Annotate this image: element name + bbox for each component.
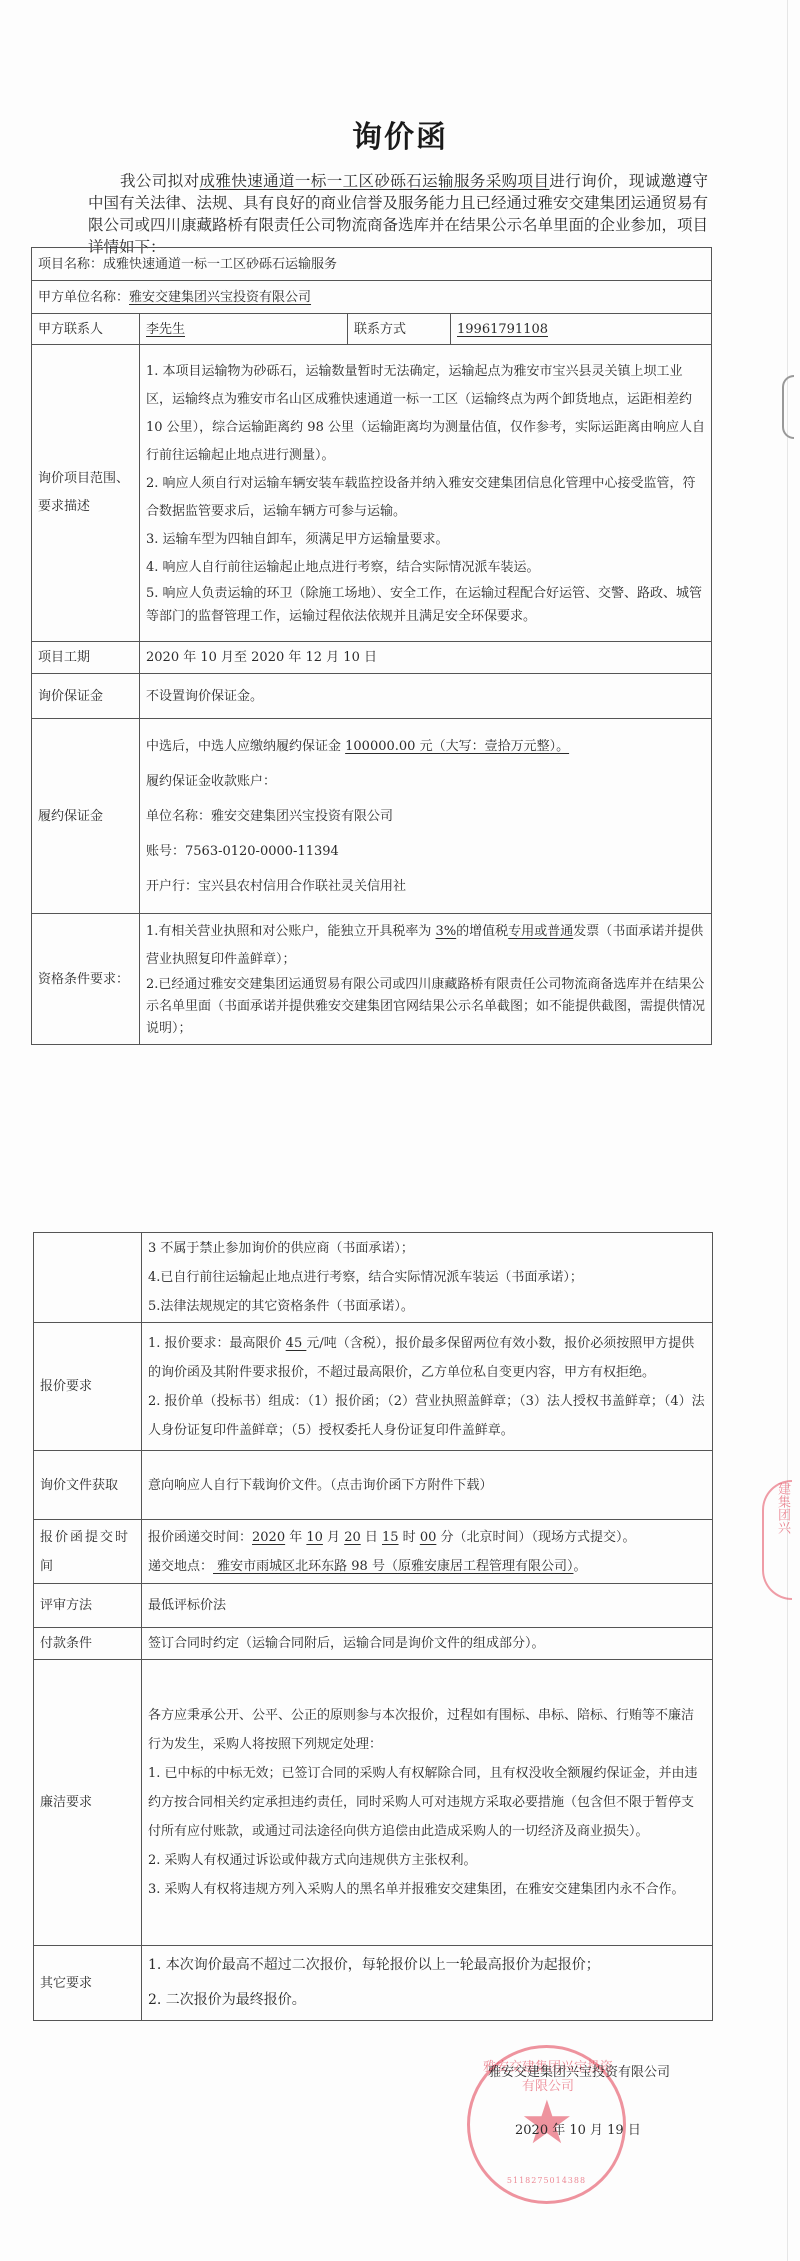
seam-stamp-fragment <box>782 375 794 439</box>
submit-time-label: 报价函提交时间 <box>34 1520 142 1584</box>
submit-day: 20 <box>344 1530 361 1545</box>
page-edge <box>787 0 788 2261</box>
row-qualification-cont: 3 不属于禁止参加询价的供应商（书面承诺）； 4.已自行前往运输起止地点进行考察… <box>34 1233 713 1323</box>
submit-place-suffix: 。 <box>573 1559 586 1574</box>
scope-item-1: 1. 本项目运输物为砂砾石，运输数量暂时无法确定，运输起点为雅安市宝兴县灵关镇上… <box>146 358 705 470</box>
bond-company: 单位名称：雅安交建集团兴宝投资有限公司 <box>146 799 705 834</box>
phone-label: 联系方式 <box>348 314 451 345</box>
submit-place: 雅安市雨城区北环东路 98 号（原雅安康居工程管理有限公司） <box>213 1559 573 1574</box>
scope-item-5: 5. 响应人负责运输的环卫（除施工场地）、安全工作，在运输过程配合好运管、交警、… <box>146 582 705 628</box>
qualification-item-1: 1.有相关营业执照和对公账户，能独立开具税率为 3%的增值税专用或普通发票（书面… <box>146 918 705 974</box>
evaluation-label: 评审方法 <box>34 1584 142 1628</box>
qualification-item-3: 3 不属于禁止参加询价的供应商（书面承诺）； <box>148 1234 706 1263</box>
bond-amount-line: 中选后，中选人应缴纳履约保证金 100000.00 元（大写：壹拾万元整）。 <box>146 729 705 764</box>
qualification-item-4: 4.已自行前往运输起止地点进行考察，结合实际情况派车装运（书面承诺）； <box>148 1263 706 1292</box>
max-price: 45 <box>286 1336 307 1351</box>
seam-stamp: 建集团兴 <box>762 1480 792 1600</box>
q1-a: 1.有相关营业执照和对公账户，能独立开具税率为 <box>146 924 436 939</box>
row-evaluation: 评审方法 最低评标价法 <box>34 1584 713 1628</box>
row-submit-time: 报价函提交时间 报价函递交时间：2020 年 10 月 20 日 15 时 00… <box>34 1520 713 1584</box>
phone-value: 19961791108 <box>457 322 548 337</box>
integrity-item-1: 1. 已中标的中标无效；已签订合同的采购人有权解除合同，且有权没收全额履约保证金… <box>148 1759 706 1846</box>
q1-b: 的增值税 <box>456 924 508 939</box>
qualification-item-5: 5.法律法规规定的其它资格条件（书面承诺）。 <box>148 1292 706 1321</box>
submit-time-prefix: 报价函递交时间： <box>148 1530 252 1545</box>
row-payment: 付款条件 签订合同时约定（运输合同附后，运输合同是询价文件的组成部分）。 <box>34 1628 713 1660</box>
row-project-name: 项目名称：成雅快速通道一标一工区砂砾石运输服务 <box>32 248 712 281</box>
row-scope: 询价项目范围、要求描述 1. 本项目运输物为砂砾石，运输数量暂时无法确定，运输起… <box>32 345 712 642</box>
qualification-item-2: 2.已经通过雅安交建集团运通贸易有限公司或四川康藏路桥有限责任公司物流商备选库并… <box>146 974 705 1040</box>
row-inquiry-deposit: 询价保证金 不设置询价保证金。 <box>32 674 712 719</box>
other-label: 其它要求 <box>34 1946 142 2021</box>
period-value: 2020 年 10 月至 2020 年 12 月 10 日 <box>140 642 712 674</box>
quote-req-label: 报价要求 <box>34 1323 142 1451</box>
submit-place-prefix: 递交地点： <box>148 1559 213 1574</box>
submit-hour: 15 <box>382 1530 399 1545</box>
other-content: 1. 本次询价最高不超过二次报价，每轮报价以上一轮最高报价为起报价； 2. 二次… <box>142 1946 713 2021</box>
signature-date: 2020 年 10 月 19 日 <box>515 2119 641 2138</box>
qualification-label: 资格条件要求： <box>32 914 140 1045</box>
quote-req-item-1: 1. 报价要求：最高限价 45 元/吨（含税），报价最多保留两位有效小数，报价必… <box>148 1329 706 1387</box>
period-label: 项目工期 <box>32 642 140 674</box>
intro-paragraph: 我公司拟对成雅快速通道一标一工区砂砾石运输服务采购项目进行询价，现诚邀遵守中国有… <box>88 170 708 258</box>
scope-label: 询价项目范围、要求描述 <box>32 345 140 642</box>
contact-value-cell: 李先生 <box>140 314 348 345</box>
qualification-content: 1.有相关营业执照和对公账户，能独立开具税率为 3%的增值税专用或普通发票（书面… <box>140 914 712 1045</box>
integrity-intro: 各方应秉承公开、公平、公正的原则参与本次报价，过程如有围标、串标、陪标、行贿等不… <box>148 1701 706 1759</box>
performance-bond-label: 履约保证金 <box>32 719 140 914</box>
inquiry-deposit-value: 不设置询价保证金。 <box>140 674 712 719</box>
bond-account-number: 账号：7563-0120-0000-11394 <box>146 834 705 869</box>
row-qualification: 资格条件要求： 1.有相关营业执照和对公账户，能独立开具税率为 3%的增值税专用… <box>32 914 712 1045</box>
integrity-label: 廉洁要求 <box>34 1660 142 1946</box>
phone-value-cell: 19961791108 <box>451 314 712 345</box>
q1-invoice-type: 专用或普通 <box>508 924 573 939</box>
doc-obtain-value: 意向响应人自行下载询价文件。（点击询价函下方附件下载） <box>142 1451 713 1520</box>
project-name-label: 项目名称： <box>38 257 103 272</box>
doc-obtain-label: 询价文件获取 <box>34 1451 142 1520</box>
row-contact: 甲方联系人 李先生 联系方式 19961791108 <box>32 314 712 345</box>
submit-year: 2020 <box>252 1530 285 1545</box>
party-a-label: 甲方单位名称： <box>38 290 129 305</box>
row-integrity: 廉洁要求 各方应秉承公开、公平、公正的原则参与本次报价，过程如有围标、串标、陪标… <box>34 1660 713 1946</box>
integrity-content: 各方应秉承公开、公平、公正的原则参与本次报价，过程如有围标、串标、陪标、行贿等不… <box>142 1660 713 1946</box>
submit-place-line: 递交地点： 雅安市雨城区北环东路 98 号（原雅安康居工程管理有限公司）。 <box>148 1552 706 1581</box>
signature-company: 雅安交建集团兴宝投资有限公司 <box>488 2061 670 2080</box>
performance-bond-content: 中选后，中选人应缴纳履约保证金 100000.00 元（大写：壹拾万元整）。 履… <box>140 719 712 914</box>
payment-label: 付款条件 <box>34 1628 142 1660</box>
quote-req-content: 1. 报价要求：最高限价 45 元/吨（含税），报价最多保留两位有效小数，报价必… <box>142 1323 713 1451</box>
inquiry-table-part1: 项目名称：成雅快速通道一标一工区砂砾石运输服务 甲方单位名称：雅安交建集团兴宝投… <box>31 247 712 1045</box>
payment-value: 签订合同时约定（运输合同附后，运输合同是询价文件的组成部分）。 <box>142 1628 713 1660</box>
submit-time-line: 报价函递交时间：2020 年 10 月 20 日 15 时 00 分（北京时间）… <box>148 1523 706 1552</box>
row-party-a: 甲方单位名称：雅安交建集团兴宝投资有限公司 <box>32 281 712 314</box>
evaluation-value: 最低评标价法 <box>142 1584 713 1628</box>
row-other: 其它要求 1. 本次询价最高不超过二次报价，每轮报价以上一轮最高报价为起报价； … <box>34 1946 713 2021</box>
other-item-1: 1. 本次询价最高不超过二次报价，每轮报价以上一轮最高报价为起报价； <box>148 1948 706 1983</box>
bond-account-title: 履约保证金收款账户： <box>146 764 705 799</box>
submit-minute: 00 <box>420 1530 437 1545</box>
row-period: 项目工期 2020 年 10 月至 2020 年 12 月 10 日 <box>32 642 712 674</box>
scope-content: 1. 本项目运输物为砂砾石，运输数量暂时无法确定，运输起点为雅安市宝兴县灵关镇上… <box>140 345 712 642</box>
seal-code: 5118275014388 <box>470 2176 623 2185</box>
scope-item-2: 2. 响应人须自行对运输车辆安装车载监控设备并纳入雅安交建集团信息化管理中心接受… <box>146 470 705 526</box>
scope-item-3: 3. 运输车型为四轴自卸车，须满足甲方运输量要求。 <box>146 526 705 554</box>
scope-item-4: 4. 响应人自行前往运输起止地点进行考察，结合实际情况派车装运。 <box>146 554 705 582</box>
qualification-cont-content: 3 不属于禁止参加询价的供应商（书面承诺）； 4.已自行前往运输起止地点进行考察… <box>142 1233 713 1323</box>
contact-label: 甲方联系人 <box>32 314 140 345</box>
quote-item1-a: 1. 报价要求：最高限价 <box>148 1336 286 1351</box>
seam-stamp-text: 建集团兴 <box>775 1482 790 1534</box>
intro-project-name: 成雅快速通道一标一工区砂砾石运输服务采购项目 <box>200 172 550 190</box>
party-a-value: 雅安交建集团兴宝投资有限公司 <box>129 290 311 305</box>
submit-time-suffix: 分（北京时间）（现场方式提交）。 <box>441 1530 636 1545</box>
intro-prefix: 我公司拟对 <box>120 172 200 190</box>
inquiry-table-part2: 3 不属于禁止参加询价的供应商（书面承诺）； 4.已自行前往运输起止地点进行考察… <box>33 1232 713 2021</box>
submit-time-content: 报价函递交时间：2020 年 10 月 20 日 15 时 00 分（北京时间）… <box>142 1520 713 1584</box>
q1-tax-rate: 3% <box>436 924 457 939</box>
project-name-cell: 项目名称：成雅快速通道一标一工区砂砾石运输服务 <box>32 248 712 281</box>
row-quote-requirements: 报价要求 1. 报价要求：最高限价 45 元/吨（含税），报价最多保留两位有效小… <box>34 1323 713 1451</box>
quote-req-item-2: 2. 报价单（投标书）组成：（1）报价函；（2）营业执照盖鲜章；（3）法人授权书… <box>148 1387 706 1445</box>
integrity-item-2: 2. 采购人有权通过诉讼或仲裁方式向违规供方主张权利。 <box>148 1846 706 1875</box>
row-performance-bond: 履约保证金 中选后，中选人应缴纳履约保证金 100000.00 元（大写：壹拾万… <box>32 719 712 914</box>
submit-month: 10 <box>306 1530 323 1545</box>
party-a-cell: 甲方单位名称：雅安交建集团兴宝投资有限公司 <box>32 281 712 314</box>
inquiry-deposit-label: 询价保证金 <box>32 674 140 719</box>
bond-bank: 开户行：宝兴县农村信用合作联社灵关信用社 <box>146 869 705 904</box>
other-item-2: 2. 二次报价为最终报价。 <box>148 1983 706 2018</box>
row-doc-obtain: 询价文件获取 意向响应人自行下载询价文件。（点击询价函下方附件下载） <box>34 1451 713 1520</box>
integrity-item-3: 3. 采购人有权将违规方列入采购人的黑名单并报雅安交建集团，在雅安交建集团内永不… <box>148 1875 706 1904</box>
contact-value: 李先生 <box>146 322 185 337</box>
project-name-value: 成雅快速通道一标一工区砂砾石运输服务 <box>103 257 337 272</box>
page-title: 询价函 <box>0 112 800 156</box>
bond-amount: 100000.00 元（大写：壹拾万元整）。 <box>345 739 569 754</box>
bond-amount-prefix: 中选后，中选人应缴纳履约保证金 <box>146 739 345 754</box>
qualification-cont-label <box>34 1233 142 1323</box>
